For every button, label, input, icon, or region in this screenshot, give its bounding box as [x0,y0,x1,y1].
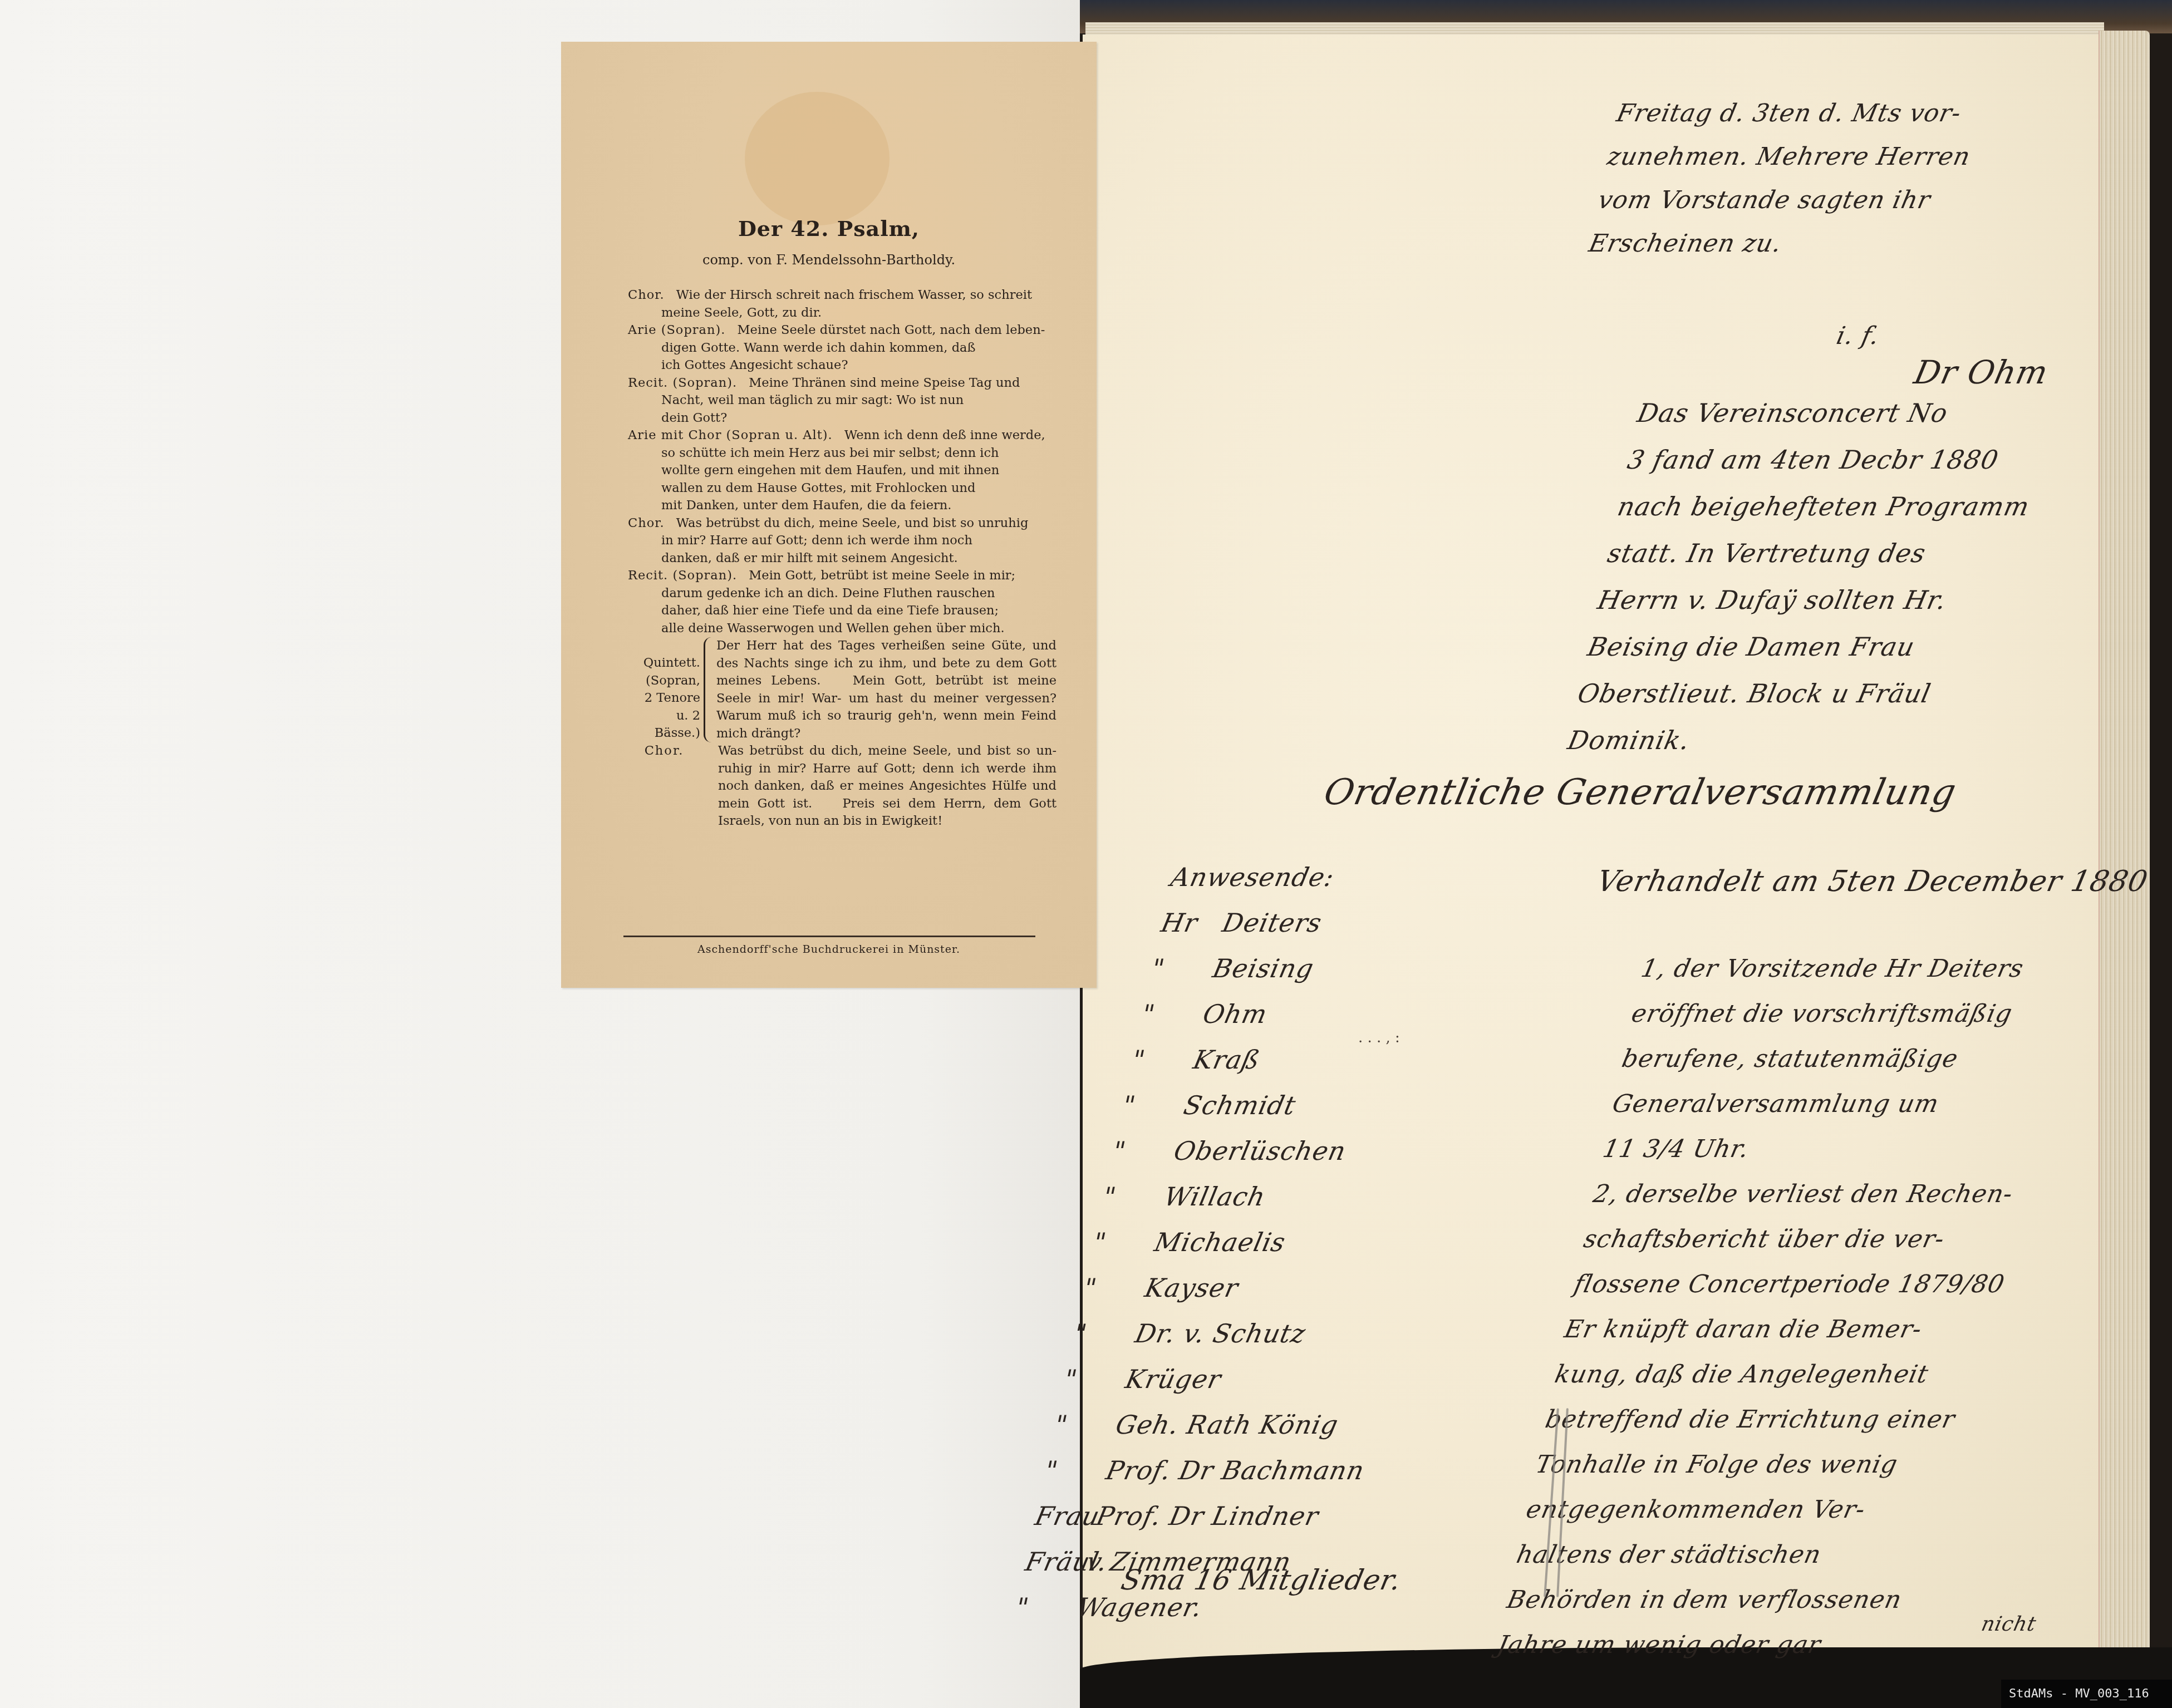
handwritten-line: betreffend die Errichtung einer [1541,1397,2062,1442]
psalm-section-chor-2: Chor. Was betrübst du dich, meine Seele,… [628,515,1056,568]
text-line: Wie der Hirsch schreit nach frischem Was… [676,288,1032,302]
text-line: alle deine Wasserwogen und Wellen gehen … [628,620,1015,638]
attendees-total: Sma 16 Mitglieder. [1117,1558,1406,1602]
psalm-section-arie-mit-chor: Arie mit Chor (Sopran u. Alt). Wenn ich … [628,427,1056,515]
section-label: Recit. (Sopran). [628,568,745,583]
text-line: mit Danken, unter dem Haufen, die da fei… [628,497,1045,515]
printer-imprint: Aschendorff'sche Buchdruckerei in Münste… [561,943,1097,956]
attendee: "Kraß [1128,1037,1456,1082]
meeting-date: Verhandelt am 5ten December 1880 [1593,860,2152,903]
handwritten-line: Herrn v. Dufaÿ sollten Hr. [1593,577,2104,623]
handwritten-line: 3 fand am 4ten Decbr 1880 [1623,436,2134,483]
label-line: 2 Tenore [628,690,700,707]
handwritten-line: Beising die Damen Frau [1583,623,2094,670]
psalm-text: Chor. Wie der Hirsch schreit nach frisch… [628,287,1056,830]
psalm-section-recit: Recit. (Sopran). Meine Thränen sind mein… [628,375,1056,427]
handwritten-line: Das Vereinsconcert No [1633,390,2144,436]
handwritten-line: entgegenkommenden Ver- [1522,1487,2043,1532]
attendee-prefix: " [1128,1037,1198,1082]
text-line: wollte gern eingehen mit dem Haufen, und… [628,462,1045,480]
psalm-section-chor: Chor. Wie der Hirsch schreit nach frisch… [628,287,1056,322]
section-label: Chor. [628,516,672,530]
quintett-label: Quintett. (Sopran, 2 Tenore u. 2 Bässe.) [628,637,704,742]
attendees-heading: Anwesende: [1167,854,1495,900]
attendee-name: Michaelis [1152,1227,1288,1257]
handwritten-line: 11 3/4 Uhr. [1599,1126,2120,1172]
attendee-name: Beising [1210,953,1317,983]
text-line: darum gedenke ich an dich. Deine Fluthen… [628,585,1015,603]
attendee-name: Geh. Rath König [1113,1410,1341,1440]
handwritten-line: Er knüpft daran die Bemer- [1560,1307,2082,1352]
handwritten-line: 2, derselbe verliest den Rechen- [1589,1172,2110,1217]
handwritten-line: Oberstlieut. Block u Fräul [1573,670,2084,717]
attendee-name: Prof. Dr Bachmann [1103,1455,1367,1485]
handwritten-line: haltens der städtischen [1512,1532,2034,1577]
attendee: "Kayser [1079,1265,1408,1311]
attendee-name: Willach [1162,1182,1269,1212]
handwritten-line: Jahre um wenig oder gar [1493,1622,2014,1667]
meeting-heading: Ordentliche Generalversammlung [1320,771,1960,814]
text-line: Was betrübst du dich, meine Seele, und b… [676,516,1029,530]
attendee: "Oberlüschen [1108,1128,1437,1174]
text-line: noch danken, daß er meines Angesichtes H… [718,779,1056,793]
text-line: Der Herr hat des Tages verheißen seine G… [716,638,1056,653]
handwritten-line: berufene, statutenmäßige [1618,1036,2139,1081]
handwritten-line: Generalversammlung um [1608,1081,2130,1126]
handwritten-line: flossene Concertperiode 1879/80 [1570,1262,2091,1307]
attendee-prefix: " [1060,1356,1131,1402]
attendee-prefix: " [1079,1265,1150,1311]
text-line: in mir? Harre auf Gott; denn ich werde i… [628,532,1028,550]
minutes-top-paragraph: Freitag d. 3ten d. Mts vor- zunehmen. Me… [1585,92,2111,265]
text-line: digen Gotte. Wann werde ich dahin kommen… [628,339,1045,357]
attendee-name: Schmidt [1181,1090,1299,1120]
attendee-prefix: Frau [1031,1493,1102,1539]
label-line: Quintett. [628,654,700,672]
handwritten-line: Behörden in dem verflossenen [1502,1577,2024,1622]
text-line: meines Lebens. [716,673,821,688]
leaflet-subtitle: comp. von F. Mendelssohn-Bartholdy. [561,252,1097,268]
attendee-prefix: Fräul. [1021,1539,1092,1584]
text-line: ich Gottes Angesicht schaue? [628,357,1045,375]
attendee-prefix: " [1118,1082,1189,1128]
ink-dots-mark: . . . , : [1358,1030,1400,1046]
imprint-rule [623,936,1035,937]
section-label: Recit. (Sopran). [628,376,745,390]
text-line: Wenn ich denn deß inne werde, [844,428,1045,442]
label-line: (Sopran, [628,672,700,690]
attendee: HrDeiters [1157,900,1485,946]
psalm-leaflet: Der 42. Psalm, comp. von F. Mendelssohn-… [561,42,1097,988]
text-line: Meine Seele dürstet nach Gott, nach dem … [738,323,1045,337]
attendee: "Ohm [1137,991,1466,1037]
attendee-prefix: " [1147,946,1218,991]
text-line: dein Gott? [628,410,1020,427]
text-line: daher, daß hier eine Tiefe und da eine T… [628,602,1015,620]
attendee-prefix: " [1069,1311,1140,1356]
attendee: "Michaelis [1089,1219,1417,1265]
attendee: "Beising [1147,946,1476,991]
text-line: Mein Gott, betrübt ist meine Seele in mi… [749,568,1015,583]
handwritten-line: Tonhalle in Folge des wenig [1531,1442,2053,1487]
text-line: Nacht, weil man täglich zu mir sagt: Wo … [628,392,1020,410]
attendee-prefix: " [1050,1402,1121,1448]
section-label: Chor. [628,742,704,830]
leaflet-title: Der 42. Psalm, [561,216,1097,241]
handwritten-line: vom Vorstande sagten ihr [1594,179,2093,222]
psalm-section-final-chor: Chor. Was betrübst du dich, meine Seele,… [628,742,1056,830]
concert-paragraph: Das Vereinsconcert No 3 fand am 4ten Dec… [1564,390,2144,764]
handwritten-line: eröffnet die vorschriftsmäßig [1627,991,2149,1036]
text-line: des Nachts singe ich zu ihm, und bete zu… [716,656,1056,671]
attendee: "Willach [1099,1174,1427,1219]
text-line: an bis in Ewigkeit! [824,814,943,828]
attendee-prefix: Hr [1157,900,1227,946]
section-label: Chor. [628,288,672,302]
attendee-prefix: " [1040,1448,1111,1493]
text-line: danken, daß er mir hilft mit seinem Ange… [628,550,1028,568]
attendee-name: Krüger [1123,1364,1224,1394]
catchword: nicht [1977,1603,2041,1646]
archive-watermark: StdAMs - MV_003_116 [2001,1680,2172,1708]
attendee-name: Oberlüschen [1171,1136,1349,1166]
text-line: mein Gott ist. [718,796,812,811]
text-line: so schütte ich mein Herz aus bei mir sel… [628,445,1045,462]
attendee-prefix: " [1099,1174,1169,1219]
page-stack-fore-edge [2099,31,2150,1667]
handwritten-line: zunehmen. Mehrere Herren [1603,135,2102,179]
attendee-name: Dr. v. Schutz [1132,1318,1309,1348]
psalm-section-quintett: Quintett. (Sopran, 2 Tenore u. 2 Bässe.)… [628,637,1056,742]
text-line: ruhig in mir? Harre auf Gott; denn ich w… [718,761,1056,776]
attendee: FrauProf. Dr Lindner [1031,1493,1359,1539]
label-line: u. 2 Bässe.) [628,707,700,742]
attendee-name: Kayser [1142,1273,1241,1303]
handwritten-line: Freitag d. 3ten d. Mts vor- [1613,92,2112,135]
attendee: "Geh. Rath König [1050,1402,1379,1448]
handwritten-line: nach beigehefteten Programm [1613,483,2124,530]
paper-stain [745,92,890,225]
attendee-name: Kraß [1191,1045,1263,1075]
brace [704,637,713,742]
section-label: Arie (Sopran). [628,323,733,337]
attendee-prefix: " [1011,1584,1082,1630]
attendee: "Krüger [1060,1356,1388,1402]
attendee-name: Ohm [1200,999,1270,1029]
handwritten-line: kung, daß die Angelegenheit [1551,1352,2072,1397]
handwritten-line: Erscheinen zu. [1585,222,2084,265]
attendee-name: Deiters [1220,908,1325,938]
attendee-prefix: " [1137,991,1208,1037]
attendee: "Schmidt [1118,1082,1447,1128]
handwritten-line: schaftsbericht über die ver- [1579,1217,2101,1262]
text-line: meine Seele, Gott, zu dir. [628,304,1032,322]
handwritten-line: statt. In Vertretung des [1603,530,2114,577]
attendee-prefix: " [1089,1219,1159,1265]
text-line: Was betrübst du dich, meine Seele, und b… [718,744,1056,758]
psalm-section-arie: Arie (Sopran). Meine Seele dürstet nach … [628,322,1056,375]
text-line: wallen zu dem Hause Gottes, mit Frohlock… [628,480,1045,498]
handwritten-line: Dominik. [1564,717,2075,764]
handwritten-line: 1, der Vorsitzende Hr Deiters [1637,946,2159,991]
section-label: Arie mit Chor (Sopran u. Alt). [628,428,841,442]
attendee-prefix: " [1108,1128,1179,1174]
attendee-name: Prof. Dr Lindner [1094,1501,1321,1531]
signature: Dr Ohm [1910,351,2052,394]
attendee: "Prof. Dr Bachmann [1040,1448,1369,1493]
attendee: "Dr. v. Schutz [1069,1311,1398,1356]
psalm-section-recit-2: Recit. (Sopran). Mein Gott, betrübt ist … [628,567,1056,637]
text-line: Meine Thränen sind meine Speise Tag und [749,376,1020,390]
